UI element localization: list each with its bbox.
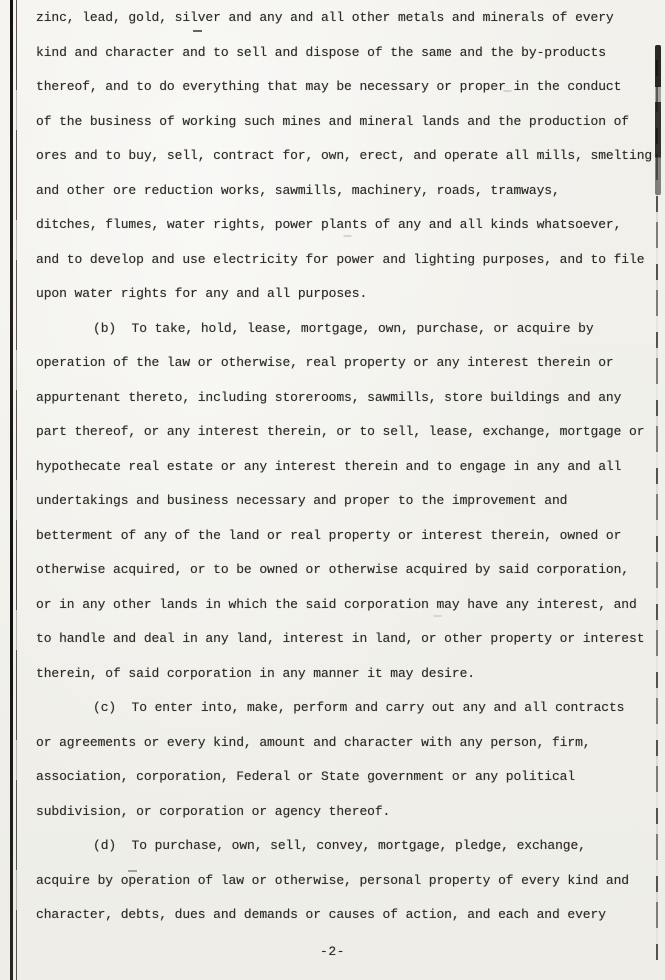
text-line: undertakings and business necessary and …: [36, 484, 662, 519]
text-line: and to develop and use electricity for p…: [36, 243, 662, 278]
text-line: or in any other lands in which the said …: [36, 588, 662, 623]
text-line: to handle and deal in any land, interest…: [36, 622, 662, 657]
document-body-text: zinc, lead, gold, silver and any and all…: [36, 1, 662, 933]
text-line: kind and character and to sell and dispo…: [36, 36, 662, 71]
left-margin-rule-thick: [10, 0, 13, 980]
text-line: betterment of any of the land or real pr…: [36, 519, 662, 554]
text-line: upon water rights for any and all purpos…: [36, 277, 662, 312]
text-line: ores and to buy, sell, contract for, own…: [36, 139, 662, 174]
left-margin-rule-thin: [16, 0, 17, 980]
scanned-document-page: zinc, lead, gold, silver and any and all…: [0, 0, 665, 980]
text-line: ditches, flumes, water rights, power pla…: [36, 208, 662, 243]
text-line: (b) To take, hold, lease, mortgage, own,…: [36, 312, 662, 347]
text-line: otherwise acquired, or to be owned or ot…: [36, 553, 662, 588]
text-line: part thereof, or any interest therein, o…: [36, 415, 662, 450]
text-line: operation of the law or otherwise, real …: [36, 346, 662, 381]
text-line: subdivision, or corporation or agency th…: [36, 795, 662, 830]
text-line: hypothecate real estate or any interest …: [36, 450, 662, 485]
text-line: association, corporation, Federal or Sta…: [36, 760, 662, 795]
text-line: acquire by operation of law or otherwise…: [36, 864, 662, 899]
page-number: -2-: [0, 944, 665, 959]
text-line: thereof, and to do everything that may b…: [36, 70, 662, 105]
text-line: of the business of working such mines an…: [36, 105, 662, 140]
text-line: (d) To purchase, own, sell, convey, mort…: [36, 829, 662, 864]
text-line: or agreements or every kind, amount and …: [36, 726, 662, 761]
text-line: (c) To enter into, make, perform and car…: [36, 691, 662, 726]
text-line: therein, of said corporation in any mann…: [36, 657, 662, 692]
text-line: zinc, lead, gold, silver and any and all…: [36, 1, 662, 36]
text-line: and other ore reduction works, sawmills,…: [36, 174, 662, 209]
text-line: appurtenant thereto, including storeroom…: [36, 381, 662, 416]
text-line: character, debts, dues and demands or ca…: [36, 898, 662, 933]
